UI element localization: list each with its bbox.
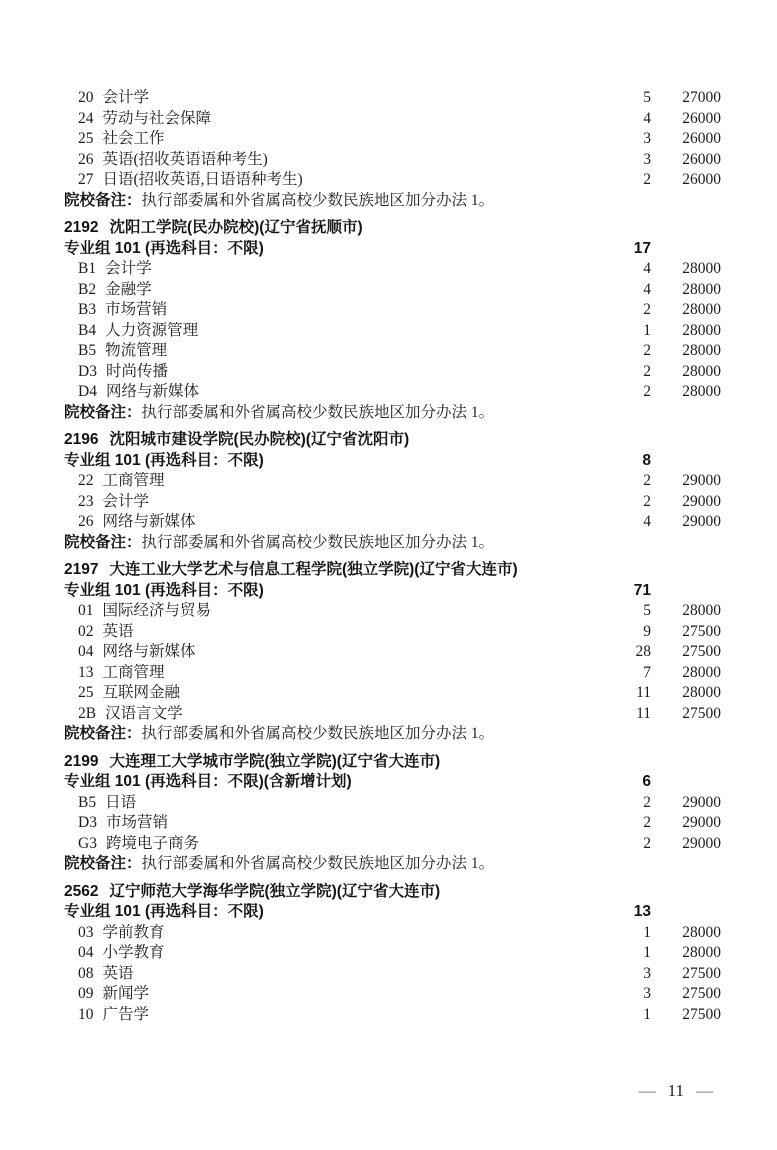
program-row: 03学前教育128000 [64, 923, 721, 944]
program-name: 会计学 [103, 493, 150, 510]
program-row: B3市场营销228000 [64, 300, 721, 321]
remark-content: 院校备注：执行部委属和外省属高校少数民族地区加分办法 1。 [64, 724, 605, 745]
plan-count: 2 [605, 793, 651, 814]
group-total: 71 [605, 581, 651, 602]
program-text: D3市场营销 [78, 813, 605, 834]
program-code: 13 [78, 663, 94, 684]
tuition-fee: 28000 [651, 601, 721, 622]
tuition-fee: 27500 [651, 1005, 721, 1026]
footer-right-dash: — [696, 1081, 713, 1100]
program-code: 09 [78, 984, 94, 1005]
tuition-fee: 28000 [651, 300, 721, 321]
remark-text: 执行部委属和外省属高校少数民族地区加分办法 1。 [142, 725, 495, 742]
program-text: D3时尚传播 [78, 362, 605, 383]
school-section: 2199大连理工大学城市学院(独立学院)(辽宁省大连市)专业组 101 (再选科… [64, 752, 721, 875]
plan-count: 3 [605, 964, 651, 985]
program-row: B4人力资源管理128000 [64, 321, 721, 342]
program-text: 09新闻学 [78, 984, 605, 1005]
remark-text: 执行部委属和外省属高校少数民族地区加分办法 1。 [142, 192, 495, 209]
plan-count: 9 [605, 622, 651, 643]
plan-count: 2 [605, 382, 651, 403]
program-text: B5日语 [78, 793, 605, 814]
remark-row: 院校备注：执行部委属和外省属高校少数民族地区加分办法 1。 [64, 724, 721, 745]
program-text: 01国际经济与贸易 [78, 601, 605, 622]
school-section: 2197大连工业大学艺术与信息工程学院(独立学院)(辽宁省大连市)专业组 101… [64, 560, 721, 745]
plan-count: 2 [605, 834, 651, 855]
tuition-fee: 27500 [651, 984, 721, 1005]
program-name: 网络与新媒体 [103, 513, 196, 530]
tuition-fee: 27000 [651, 88, 721, 109]
program-code: B5 [78, 341, 96, 362]
program-code: G3 [78, 834, 97, 855]
program-name: 工商管理 [103, 472, 165, 489]
program-row: D3时尚传播228000 [64, 362, 721, 383]
plan-count: 5 [605, 601, 651, 622]
plan-count: 1 [605, 321, 651, 342]
tuition-fee: 29000 [651, 471, 721, 492]
school-header-text: 2197大连工业大学艺术与信息工程学院(独立学院)(辽宁省大连市) [64, 560, 605, 581]
tuition-fee: 26000 [651, 129, 721, 150]
group-total: 8 [605, 451, 651, 472]
group-total: 13 [605, 902, 651, 923]
plan-count: 4 [605, 280, 651, 301]
program-text: 02英语 [78, 622, 605, 643]
program-code: 20 [78, 88, 94, 109]
plan-count: 4 [605, 512, 651, 533]
plan-count: 3 [605, 129, 651, 150]
school-header-text: 2192沈阳工学院(民办院校)(辽宁省抚顺市) [64, 218, 605, 239]
remark-label: 院校备注： [64, 192, 142, 209]
school-code: 2199 [64, 753, 98, 770]
program-name: 日语 [105, 794, 136, 811]
remark-content: 院校备注：执行部委属和外省属高校少数民族地区加分办法 1。 [64, 533, 605, 554]
program-text: 03学前教育 [78, 923, 605, 944]
program-code: 24 [78, 109, 94, 130]
tuition-fee: 28000 [651, 943, 721, 964]
group-total: 6 [605, 772, 651, 793]
program-text: 26网络与新媒体 [78, 512, 605, 533]
group-label: 专业组 101 (再选科目：不限)(含新增计划) [64, 772, 605, 793]
tuition-fee: 26000 [651, 150, 721, 171]
tuition-fee: 28000 [651, 923, 721, 944]
tuition-fee: 29000 [651, 834, 721, 855]
program-text: 04小学教育 [78, 943, 605, 964]
remark-row: 院校备注：执行部委属和外省属高校少数民族地区加分办法 1。 [64, 191, 721, 212]
program-name: 汉语言文学 [105, 705, 183, 722]
program-row: 20会计学527000 [64, 88, 721, 109]
program-row: 26网络与新媒体429000 [64, 512, 721, 533]
school-header: 2197大连工业大学艺术与信息工程学院(独立学院)(辽宁省大连市) [64, 560, 721, 581]
plan-count: 2 [605, 300, 651, 321]
program-row: 25社会工作326000 [64, 129, 721, 150]
school-header: 2199大连理工大学城市学院(独立学院)(辽宁省大连市) [64, 752, 721, 773]
group-header: 专业组 101 (再选科目：不限)(含新增计划)6 [64, 772, 721, 793]
group-header: 专业组 101 (再选科目：不限)8 [64, 451, 721, 472]
remark-label: 院校备注： [64, 404, 142, 421]
program-name: 国际经济与贸易 [103, 602, 212, 619]
program-name: 人力资源管理 [105, 322, 198, 339]
program-row: 25互联网金融1128000 [64, 683, 721, 704]
remark-content: 院校备注：执行部委属和外省属高校少数民族地区加分办法 1。 [64, 191, 605, 212]
group-total: 17 [605, 239, 651, 260]
program-row: B5日语229000 [64, 793, 721, 814]
program-row: 24劳动与社会保障426000 [64, 109, 721, 130]
plan-count: 7 [605, 663, 651, 684]
school-header: 2562辽宁师范大学海华学院(独立学院)(辽宁省大连市) [64, 882, 721, 903]
tuition-fee: 28000 [651, 321, 721, 342]
tuition-fee: 29000 [651, 813, 721, 834]
plan-count: 5 [605, 88, 651, 109]
school-name: 沈阳城市建设学院(民办院校)(辽宁省沈阳市) [109, 431, 409, 448]
group-header: 专业组 101 (再选科目：不限)17 [64, 239, 721, 260]
program-text: 10广告学 [78, 1005, 605, 1026]
program-row: 08英语327500 [64, 964, 721, 985]
tuition-fee: 28000 [651, 259, 721, 280]
program-code: B4 [78, 321, 96, 342]
group-label: 专业组 101 (再选科目：不限) [64, 451, 605, 472]
program-text: 24劳动与社会保障 [78, 109, 605, 130]
tuition-fee: 27500 [651, 964, 721, 985]
school-section: 2192沈阳工学院(民办院校)(辽宁省抚顺市)专业组 101 (再选科目：不限)… [64, 218, 721, 423]
school-name: 大连工业大学艺术与信息工程学院(独立学院)(辽宁省大连市) [109, 561, 517, 578]
program-text: 22工商管理 [78, 471, 605, 492]
program-name: 劳动与社会保障 [103, 110, 212, 127]
tuition-fee: 28000 [651, 683, 721, 704]
remark-row: 院校备注：执行部委属和外省属高校少数民族地区加分办法 1。 [64, 533, 721, 554]
program-code: B5 [78, 793, 96, 814]
program-name: 广告学 [103, 1006, 150, 1023]
tuition-fee: 26000 [651, 170, 721, 191]
program-code: 25 [78, 683, 94, 704]
school-section: 2196沈阳城市建设学院(民办院校)(辽宁省沈阳市)专业组 101 (再选科目：… [64, 430, 721, 553]
remark-content: 院校备注：执行部委属和外省属高校少数民族地区加分办法 1。 [64, 403, 605, 424]
program-text: 13工商管理 [78, 663, 605, 684]
remark-label: 院校备注： [64, 725, 142, 742]
program-name: 小学教育 [103, 944, 165, 961]
program-code: 03 [78, 923, 94, 944]
page-footer: —11— [639, 1081, 713, 1101]
program-name: 英语 [103, 623, 134, 640]
plan-count: 2 [605, 492, 651, 513]
program-row: 26英语(招收英语语种考生)326000 [64, 150, 721, 171]
tuition-fee: 27500 [651, 704, 721, 725]
remark-row: 院校备注：执行部委属和外省属高校少数民族地区加分办法 1。 [64, 403, 721, 424]
program-code: D3 [78, 362, 97, 383]
plan-count: 11 [605, 704, 651, 725]
school-header-text: 2562辽宁师范大学海华学院(独立学院)(辽宁省大连市) [64, 882, 605, 903]
program-text: B4人力资源管理 [78, 321, 605, 342]
program-text: 25互联网金融 [78, 683, 605, 704]
program-code: D3 [78, 813, 97, 834]
program-code: 02 [78, 622, 94, 643]
program-text: B1会计学 [78, 259, 605, 280]
tuition-fee: 28000 [651, 362, 721, 383]
remark-text: 执行部委属和外省属高校少数民族地区加分办法 1。 [142, 534, 495, 551]
program-row: 04小学教育128000 [64, 943, 721, 964]
plan-count: 28 [605, 642, 651, 663]
group-label: 专业组 101 (再选科目：不限) [64, 902, 605, 923]
group-header: 专业组 101 (再选科目：不限)13 [64, 902, 721, 923]
program-text: B3市场营销 [78, 300, 605, 321]
tuition-fee: 29000 [651, 793, 721, 814]
program-row: G3跨境电子商务229000 [64, 834, 721, 855]
tuition-fee: 29000 [651, 512, 721, 533]
plan-count: 2 [605, 813, 651, 834]
tuition-fee: 28000 [651, 280, 721, 301]
program-code: 25 [78, 129, 94, 150]
remark-row: 院校备注：执行部委属和外省属高校少数民族地区加分办法 1。 [64, 854, 721, 875]
program-row: 10广告学127500 [64, 1005, 721, 1026]
school-name: 沈阳工学院(民办院校)(辽宁省抚顺市) [109, 219, 362, 236]
tuition-fee: 26000 [651, 109, 721, 130]
remark-content: 院校备注：执行部委属和外省属高校少数民族地区加分办法 1。 [64, 854, 605, 875]
program-row: 02英语927500 [64, 622, 721, 643]
program-code: 10 [78, 1005, 94, 1026]
program-name: 市场营销 [106, 814, 168, 831]
program-code: 27 [78, 170, 94, 191]
program-name: 金融学 [105, 281, 152, 298]
program-row: B2金融学428000 [64, 280, 721, 301]
plan-count: 4 [605, 259, 651, 280]
program-text: 27日语(招收英语,日语语种考生) [78, 170, 605, 191]
school-code: 2192 [64, 219, 98, 236]
remark-label: 院校备注： [64, 534, 142, 551]
program-row: 2B汉语言文学1127500 [64, 704, 721, 725]
program-code: B3 [78, 300, 96, 321]
program-code: 08 [78, 964, 94, 985]
remark-text: 执行部委属和外省属高校少数民族地区加分办法 1。 [142, 855, 495, 872]
program-name: 互联网金融 [103, 684, 181, 701]
program-text: B5物流管理 [78, 341, 605, 362]
remark-text: 执行部委属和外省属高校少数民族地区加分办法 1。 [142, 404, 495, 421]
program-row: 22工商管理229000 [64, 471, 721, 492]
school-header: 2196沈阳城市建设学院(民办院校)(辽宁省沈阳市) [64, 430, 721, 451]
program-code: 26 [78, 150, 94, 171]
group-header: 专业组 101 (再选科目：不限)71 [64, 581, 721, 602]
group-label: 专业组 101 (再选科目：不限) [64, 581, 605, 602]
program-code: 04 [78, 642, 94, 663]
school-header-text: 2196沈阳城市建设学院(民办院校)(辽宁省沈阳市) [64, 430, 605, 451]
remark-label: 院校备注： [64, 855, 142, 872]
program-row: B5物流管理228000 [64, 341, 721, 362]
tuition-fee: 28000 [651, 663, 721, 684]
program-text: 20会计学 [78, 88, 605, 109]
program-name: 网络与新媒体 [103, 643, 196, 660]
program-code: B2 [78, 280, 96, 301]
program-text: 25社会工作 [78, 129, 605, 150]
tuition-fee: 27500 [651, 622, 721, 643]
program-code: 04 [78, 943, 94, 964]
school-code: 2197 [64, 561, 98, 578]
program-name: 网络与新媒体 [106, 383, 199, 400]
tuition-fee: 27500 [651, 642, 721, 663]
program-code: D4 [78, 382, 97, 403]
page-number: 11 [668, 1081, 684, 1100]
program-name: 学前教育 [103, 924, 165, 941]
program-code: 23 [78, 492, 94, 513]
tuition-fee: 28000 [651, 341, 721, 362]
program-name: 会计学 [105, 260, 152, 277]
program-code: 2B [78, 704, 96, 725]
tuition-fee: 28000 [651, 382, 721, 403]
program-name: 新闻学 [103, 985, 150, 1002]
program-row: 23会计学229000 [64, 492, 721, 513]
program-name: 英语(招收英语语种考生) [103, 151, 268, 168]
plan-count: 4 [605, 109, 651, 130]
plan-count: 2 [605, 471, 651, 492]
program-text: 2B汉语言文学 [78, 704, 605, 725]
program-name: 工商管理 [103, 664, 165, 681]
plan-count: 2 [605, 170, 651, 191]
plan-count: 2 [605, 341, 651, 362]
plan-count: 3 [605, 150, 651, 171]
program-code: 01 [78, 601, 94, 622]
group-label: 专业组 101 (再选科目：不限) [64, 239, 605, 260]
program-row: 09新闻学327500 [64, 984, 721, 1005]
program-code: 26 [78, 512, 94, 533]
plan-count: 3 [605, 984, 651, 1005]
program-name: 会计学 [103, 89, 150, 106]
plan-count: 1 [605, 1005, 651, 1026]
school-section: 2562辽宁师范大学海华学院(独立学院)(辽宁省大连市)专业组 101 (再选科… [64, 882, 721, 1026]
program-row: 01国际经济与贸易528000 [64, 601, 721, 622]
program-name: 日语(招收英语,日语语种考生) [103, 171, 303, 188]
school-name: 辽宁师范大学海华学院(独立学院)(辽宁省大连市) [109, 883, 440, 900]
program-text: B2金融学 [78, 280, 605, 301]
program-text: 26英语(招收英语语种考生) [78, 150, 605, 171]
plan-count: 1 [605, 923, 651, 944]
tuition-fee: 29000 [651, 492, 721, 513]
plan-count: 1 [605, 943, 651, 964]
program-row: D4网络与新媒体228000 [64, 382, 721, 403]
school-code: 2562 [64, 883, 98, 900]
plan-count: 2 [605, 362, 651, 383]
program-text: 04网络与新媒体 [78, 642, 605, 663]
plan-count: 11 [605, 683, 651, 704]
program-code: 22 [78, 471, 94, 492]
program-row: 13工商管理728000 [64, 663, 721, 684]
program-text: D4网络与新媒体 [78, 382, 605, 403]
school-header: 2192沈阳工学院(民办院校)(辽宁省抚顺市) [64, 218, 721, 239]
program-text: 23会计学 [78, 492, 605, 513]
document-page: 20会计学52700024劳动与社会保障42600025社会工作32600026… [64, 88, 721, 1025]
school-code: 2196 [64, 431, 98, 448]
program-name: 跨境电子商务 [106, 835, 199, 852]
school-name: 大连理工大学城市学院(独立学院)(辽宁省大连市) [109, 753, 440, 770]
program-name: 时尚传播 [106, 363, 168, 380]
school-header-text: 2199大连理工大学城市学院(独立学院)(辽宁省大连市) [64, 752, 605, 773]
program-text: 08英语 [78, 964, 605, 985]
program-name: 社会工作 [103, 130, 165, 147]
program-name: 市场营销 [105, 301, 167, 318]
program-row: 27日语(招收英语,日语语种考生)226000 [64, 170, 721, 191]
program-name: 物流管理 [105, 342, 167, 359]
school-section: 20会计学52700024劳动与社会保障42600025社会工作32600026… [64, 88, 721, 211]
program-row: D3市场营销229000 [64, 813, 721, 834]
program-name: 英语 [103, 965, 134, 982]
footer-left-dash: — [639, 1081, 656, 1100]
program-row: 04网络与新媒体2827500 [64, 642, 721, 663]
program-code: B1 [78, 259, 96, 280]
program-text: G3跨境电子商务 [78, 834, 605, 855]
program-row: B1会计学428000 [64, 259, 721, 280]
